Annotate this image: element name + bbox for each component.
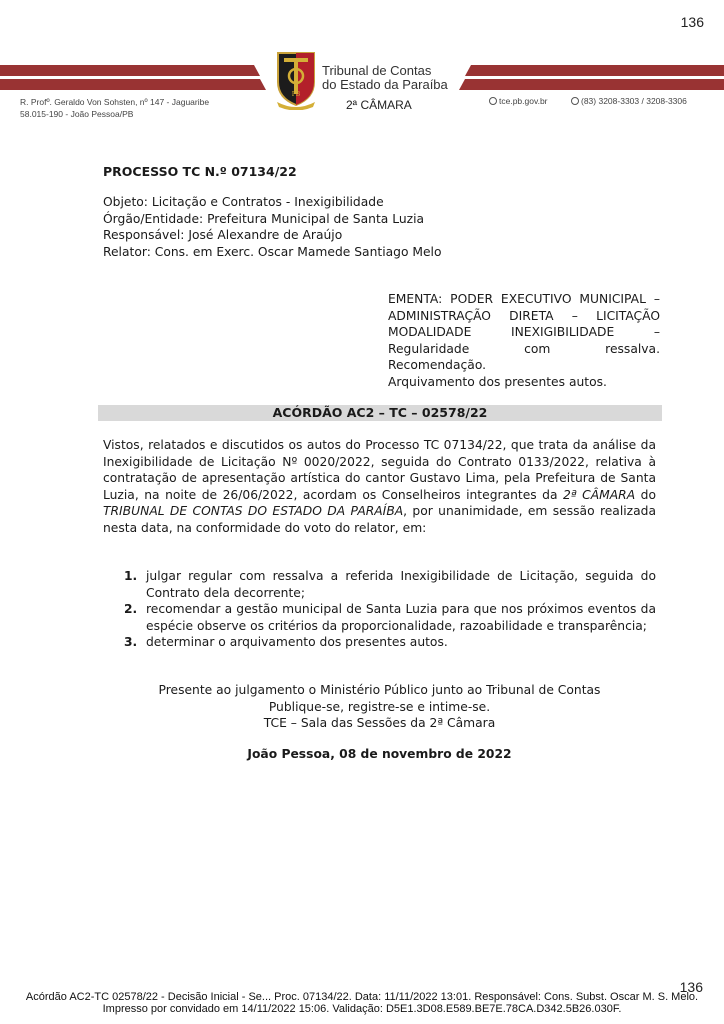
ementa-line: Arquivamento dos presentes autos.: [388, 375, 607, 389]
acordao-title: ACÓRDÃO AC2 – TC – 02578/22: [98, 405, 662, 421]
phone-text: (83) 3208-3303 / 3208-3306: [581, 96, 687, 106]
body-text: Luzia, na noite de 26/06/2022, acordam o…: [103, 488, 563, 502]
address-line1: R. Profº. Geraldo Von Sohsten, nº 147 - …: [20, 96, 209, 108]
meta-objeto: Objeto: Licitação e Contratos - Inexigib…: [103, 194, 442, 211]
decision-number: 1.: [124, 568, 137, 585]
org-name: Tribunal de Contas do Estado da Paraíba: [322, 64, 448, 92]
meta-orgao: Órgão/Entidade: Prefeitura Municipal de …: [103, 211, 442, 228]
globe-icon: [489, 97, 497, 105]
process-title: PROCESSO TC N.º 07134/22: [103, 164, 297, 181]
tribunal-ref: TRIBUNAL DE CONTAS DO ESTADO DA PARAÍBA: [103, 504, 403, 518]
footer-line1: Acórdão AC2-TC 02578/22 - Decisão Inicia…: [0, 991, 724, 1003]
ementa: EMENTA: PODER EXECUTIVO MUNICIPAL – ADMI…: [388, 291, 660, 390]
meta-relator: Relator: Cons. em Exerc. Oscar Mamede Sa…: [103, 244, 442, 261]
decision-number: 3.: [124, 634, 137, 651]
decision-text: recomendar a gestão municipal de Santa L…: [146, 601, 656, 618]
org-name-line2: do Estado da Paraíba: [322, 78, 448, 92]
decision-item: 2. recomendar a gestão municipal de Sant…: [124, 601, 656, 634]
ementa-line: Regularidade com ressalva. Recomendação.: [388, 341, 660, 374]
website: tce.pb.gov.br: [489, 96, 548, 106]
header-band-left-bottom: [0, 79, 266, 90]
ementa-line: MODALIDADE INEXIGIBILIDADE –: [388, 324, 660, 341]
website-text: tce.pb.gov.br: [499, 96, 548, 106]
process-meta: Objeto: Licitação e Contratos - Inexigib…: [103, 194, 442, 260]
decision-text: julgar regular com ressalva a referida I…: [146, 568, 656, 585]
decision-list: 1. julgar regular com ressalva a referid…: [124, 568, 656, 651]
address: R. Profº. Geraldo Von Sohsten, nº 147 - …: [20, 96, 209, 120]
decision-text: determinar o arquivamento dos presentes …: [146, 634, 656, 651]
body-line: Vistos, relatados e discutidos os autos …: [103, 437, 656, 454]
phone: (83) 3208-3303 / 3208-3306: [571, 96, 687, 106]
address-line2: 58.015-190 - João Pessoa/PB: [20, 108, 209, 120]
footer-line2: Impresso por convidado em 14/11/2022 15:…: [0, 1003, 724, 1015]
decision-text: Contrato dela decorrente;: [146, 585, 656, 602]
closing-block: Presente ao julgamento o Ministério Públ…: [103, 682, 656, 732]
crest-logo-icon: PB: [275, 50, 317, 110]
header-band-right-bottom: [459, 79, 724, 90]
header-band-right-top: [465, 65, 724, 76]
closing-line: Presente ao julgamento o Ministério Públ…: [103, 682, 656, 699]
date-line: João Pessoa, 08 de novembro de 2022: [103, 746, 656, 763]
chamber-ref: 2ª CÂMARA: [563, 488, 635, 502]
body-line: contratação de apresentação artística do…: [103, 470, 656, 487]
decision-text: espécie observe os critérios da proporci…: [146, 618, 656, 635]
body-line: Inexigibilidade de Licitação Nº 0020/202…: [103, 454, 656, 471]
decision-item: 3. determinar o arquivamento dos present…: [124, 634, 656, 651]
body-line: nesta data, na conformidade do voto do r…: [103, 520, 656, 537]
closing-line: Publique-se, registre-se e intime-se.: [103, 699, 656, 716]
acordao-body: Vistos, relatados e discutidos os autos …: [103, 437, 656, 536]
page-number-top: 136: [681, 14, 704, 30]
body-text: , por unanimidade, em sessão realizada: [403, 504, 656, 518]
chamber-label: 2ª CÂMARA: [346, 98, 412, 112]
svg-text:PB: PB: [292, 91, 301, 98]
body-line: TRIBUNAL DE CONTAS DO ESTADO DA PARAÍBA,…: [103, 503, 656, 520]
ementa-line: EMENTA: PODER EXECUTIVO MUNICIPAL –: [388, 291, 660, 308]
decision-item: 1. julgar regular com ressalva a referid…: [124, 568, 656, 601]
closing-line: TCE – Sala das Sessões da 2ª Câmara: [103, 715, 656, 732]
decision-number: 2.: [124, 601, 137, 618]
header-band-left-top: [0, 65, 260, 76]
body-line: Luzia, na noite de 26/06/2022, acordam o…: [103, 487, 656, 504]
ementa-line: ADMINISTRAÇÃO DIRETA – LICITAÇÃO: [388, 308, 660, 325]
meta-responsavel: Responsável: José Alexandre de Araújo: [103, 227, 442, 244]
org-name-line1: Tribunal de Contas: [322, 64, 448, 78]
body-text: do: [635, 488, 656, 502]
whatsapp-icon: [571, 97, 579, 105]
